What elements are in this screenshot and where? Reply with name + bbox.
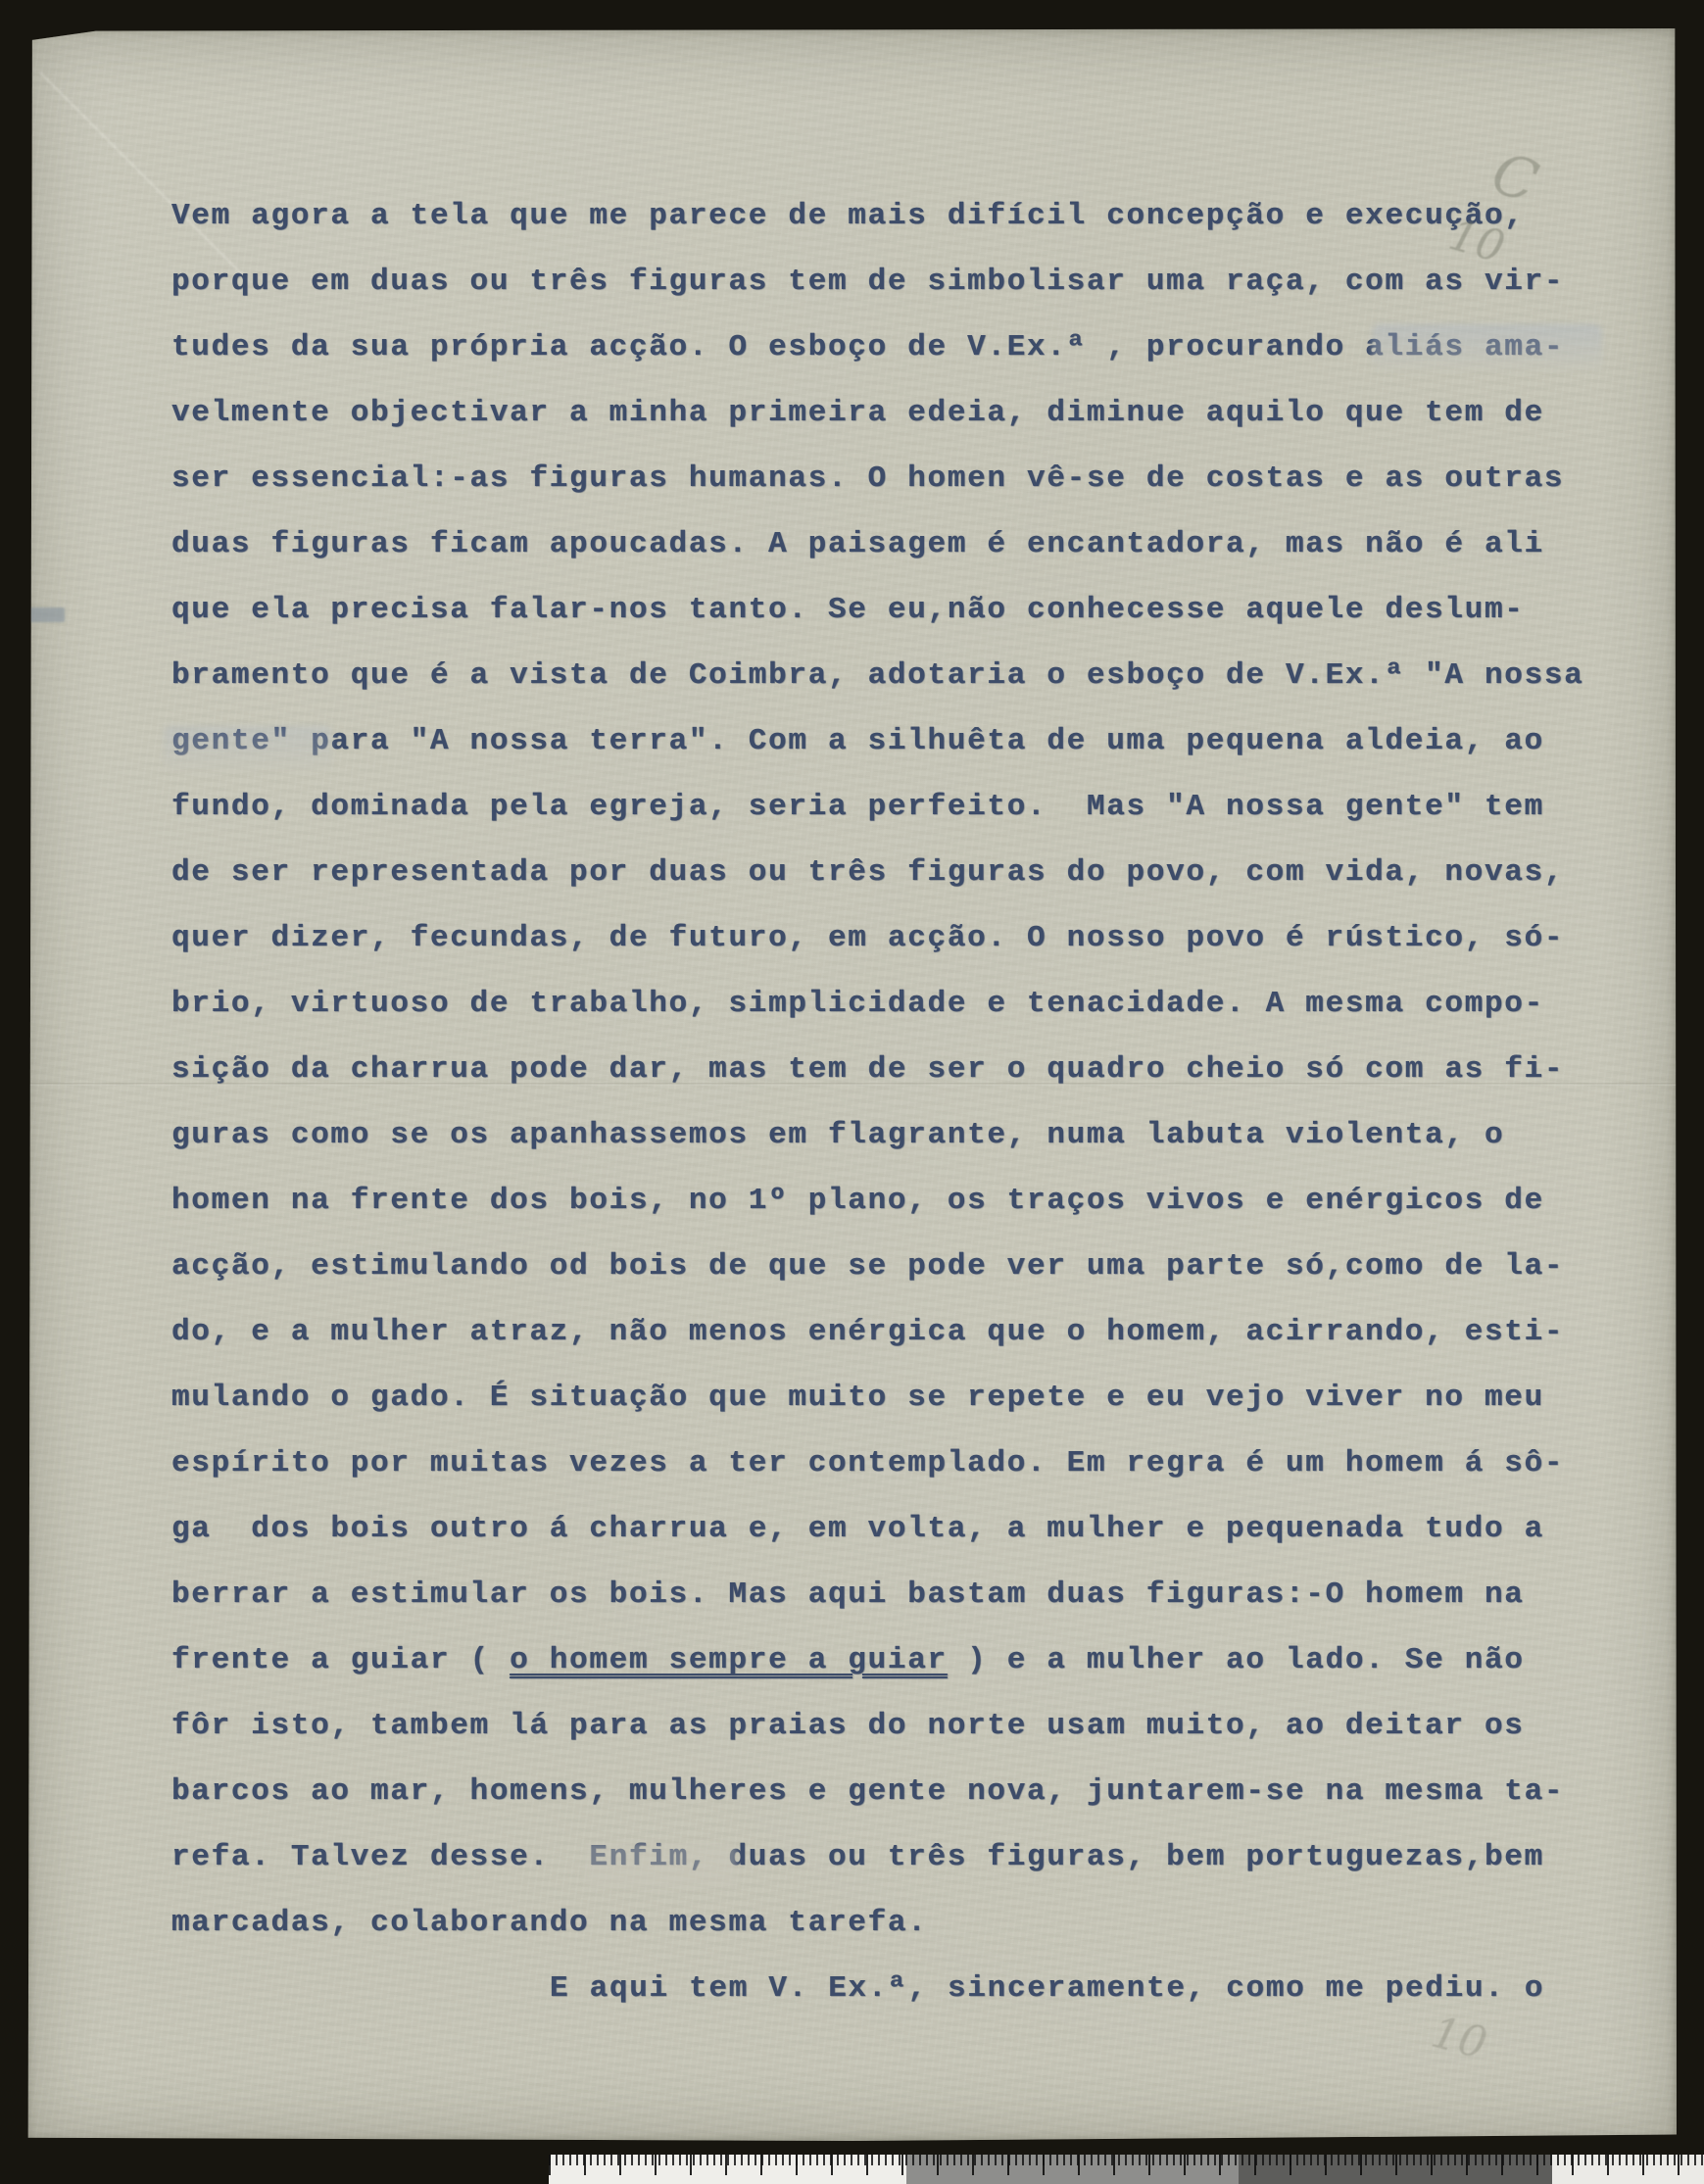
- letter-line: guras como se os apanhassemos em flagran…: [171, 1116, 1641, 1182]
- letter-text: espírito por muitas vezes a ter contempl…: [171, 1446, 1564, 1480]
- letter-text: ga dos bois outro á charrua e, em volta,…: [171, 1512, 1544, 1546]
- letter-text: ser essencial:-as figuras humanas. O hom…: [171, 461, 1564, 496]
- letter-line: fundo, dominada pela egreja, seria perfe…: [171, 788, 1641, 853]
- letter-line: acção, estimulando od bois de que se pod…: [171, 1247, 1641, 1313]
- letter-text: marcadas, colaborando na mesma tarefa.: [171, 1906, 928, 1940]
- letter-text: sição da charrua pode dar, mas tem de se…: [171, 1052, 1564, 1087]
- letter-text: Vem agora a tela que me parece de mais d…: [171, 199, 1525, 233]
- edge-smudge: [27, 607, 65, 622]
- letter-text: E aqui tem V. Ex.ª, sinceramente, como m…: [550, 1971, 1544, 2006]
- letter-text: de ser representada por duas ou três fig…: [171, 855, 1564, 890]
- letter-text: quer dizer, fecundas, de futuro, em acçã…: [171, 921, 1564, 955]
- photographic-scale-ruler: [549, 2155, 1704, 2184]
- letter-text: velmente objectivar a minha primeira ede…: [171, 396, 1544, 430]
- letter-text: bramento que é a vista de Coimbra, adota…: [171, 658, 1584, 693]
- letter-text: ) e a mulher ao lado. Se não: [948, 1643, 1525, 1677]
- letter-line: do, e a mulher atraz, não menos enérgica…: [171, 1313, 1641, 1379]
- letter-line: homen na frente dos bois, no 1º plano, o…: [171, 1182, 1641, 1247]
- letter-line: ser essencial:-as figuras humanas. O hom…: [171, 460, 1641, 525]
- letter-text: tudes da sua própria acção. O esboço de …: [171, 330, 1564, 364]
- letter-text: porque em duas ou três figuras tem de si…: [171, 265, 1564, 299]
- letter-body: Vem agora a tela que me parece de mais d…: [171, 197, 1641, 2035]
- letter-line: bramento que é a vista de Coimbra, adota…: [171, 656, 1641, 722]
- letter-text: berrar a estimular os bois. Mas aqui bas…: [171, 1577, 1525, 1612]
- letter-line: marcadas, colaborando na mesma tarefa.: [171, 1904, 1641, 1969]
- letter-line: berrar a estimular os bois. Mas aqui bas…: [171, 1576, 1641, 1641]
- ink-smudge: [164, 726, 332, 771]
- letter-line: mulando o gado. É situação que muito se …: [171, 1379, 1641, 1444]
- letter-text: guras como se os apanhassemos em flagran…: [171, 1118, 1504, 1152]
- letter-line: barcos ao mar, homens, mulheres e gente …: [171, 1772, 1641, 1838]
- letter-text: fôr isto, tambem lá para as praias do no…: [171, 1709, 1525, 1743]
- letter-text: que ela precisa falar-nos tanto. Se eu,n…: [171, 593, 1525, 627]
- ink-smudge: [585, 1843, 737, 1888]
- letter-line: brio, virtuoso de trabalho, simplicidade…: [171, 985, 1641, 1050]
- letter-line: sição da charrua pode dar, mas tem de se…: [171, 1050, 1641, 1116]
- letter-line: duas figuras ficam apoucadas. A paisagem…: [171, 525, 1641, 591]
- letter-line: que ela precisa falar-nos tanto. Se eu,n…: [171, 591, 1641, 656]
- underlined-phrase: o homem sempre a guiar: [510, 1643, 948, 1677]
- letter-text: fundo, dominada pela egreja, seria perfe…: [171, 790, 1544, 824]
- letter-line: velmente objectivar a minha primeira ede…: [171, 394, 1641, 460]
- letter-text: acção, estimulando od bois de que se pod…: [171, 1249, 1564, 1284]
- letter-text: duas figuras ficam apoucadas. A paisagem…: [171, 527, 1544, 561]
- letter-line: frente a guiar ( o homem sempre a guiar …: [171, 1641, 1641, 1707]
- letter-line: de ser representada por duas ou três fig…: [171, 853, 1641, 919]
- letter-line: quer dizer, fecundas, de futuro, em acçã…: [171, 919, 1641, 985]
- letter-line: ga dos bois outro á charrua e, em volta,…: [171, 1510, 1641, 1576]
- letter-text: refa. Talvez desse. Enfim, duas ou três …: [171, 1840, 1544, 1874]
- letter-line: porque em duas ou três figuras tem de si…: [171, 263, 1641, 328]
- ink-smudge: [1372, 324, 1602, 371]
- letter-line: fôr isto, tambem lá para as praias do no…: [171, 1707, 1641, 1772]
- letter-text: frente a guiar (: [171, 1643, 510, 1677]
- letter-text: mulando o gado. É situação que muito se …: [171, 1381, 1544, 1415]
- letter-text: brio, virtuoso de trabalho, simplicidade…: [171, 987, 1544, 1021]
- letter-page: Vem agora a tela que me parece de mais d…: [26, 28, 1677, 2141]
- letter-line: espírito por muitas vezes a ter contempl…: [171, 1444, 1641, 1510]
- letter-text: do, e a mulher atraz, não menos enérgica…: [171, 1315, 1564, 1349]
- letter-line: Vem agora a tela que me parece de mais d…: [171, 197, 1641, 263]
- letter-text: barcos ao mar, homens, mulheres e gente …: [171, 1774, 1564, 1809]
- letter-line: E aqui tem V. Ex.ª, sinceramente, como m…: [171, 1969, 1641, 2035]
- ruler-major-ticks: [549, 2155, 1704, 2175]
- letter-line: refa. Talvez desse. Enfim, duas ou três …: [171, 1838, 1641, 1904]
- letter-text: homen na frente dos bois, no 1º plano, o…: [171, 1184, 1544, 1218]
- letter-line: gente" para "A nossa terra". Com a silhu…: [171, 722, 1641, 788]
- letter-text: gente" para "A nossa terra". Com a silhu…: [171, 724, 1544, 758]
